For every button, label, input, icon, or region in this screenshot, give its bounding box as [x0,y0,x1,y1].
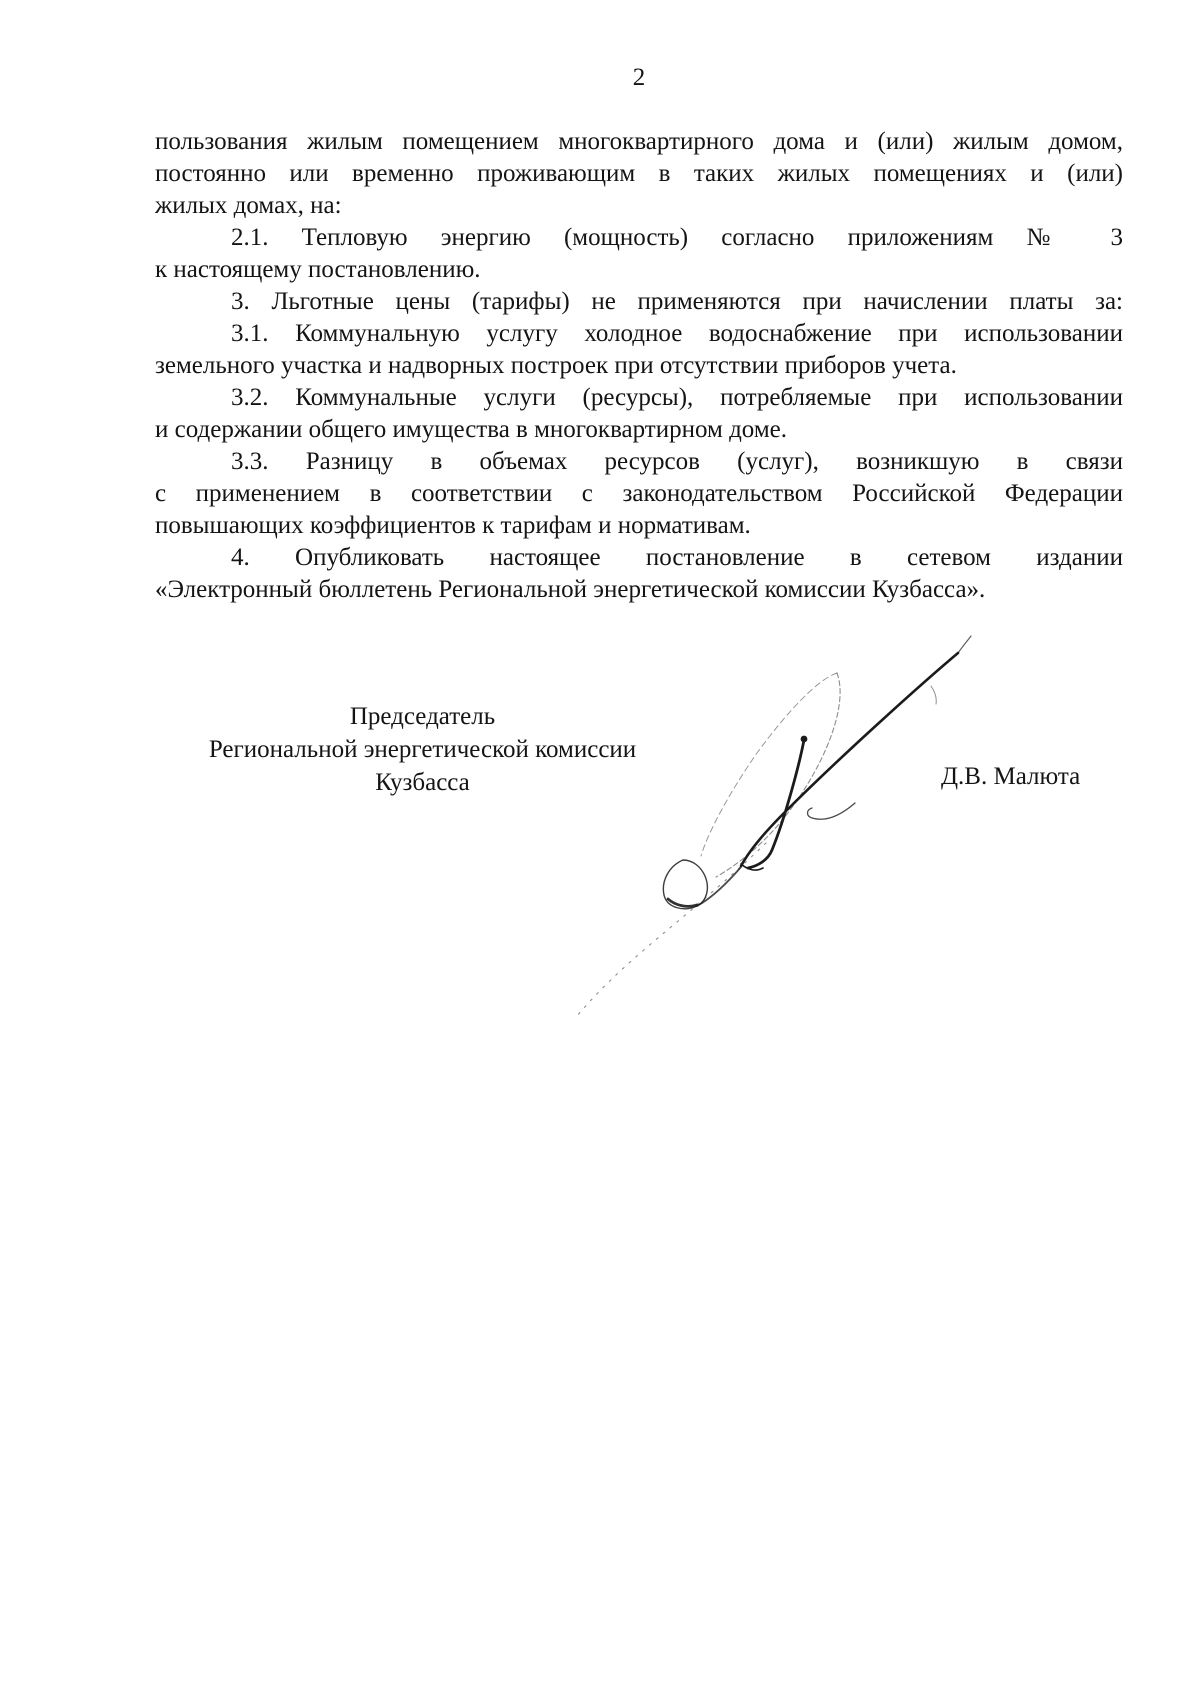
paragraph-continuation: пользования жилым помещением многокварти… [155,126,1123,222]
page-number: 2 [155,64,1123,92]
text-line: 3.3. Разницу в объемах ресурсов (услуг),… [155,446,1123,478]
text-line: повышающих коэффициентов к тарифам и нор… [155,510,1123,542]
text-line: пользования жилым помещением многокварти… [155,126,1123,158]
text-line: 3.2. Коммунальные услуги (ресурсы), потр… [155,382,1123,414]
text-line: 4. Опубликовать настоящее постановление … [155,542,1123,574]
paragraph-3-3: 3.3. Разницу в объемах ресурсов (услуг),… [155,446,1123,542]
text-line: 3. Льготные цены (тарифы) не применяются… [155,286,1123,318]
paragraph-3: 3. Льготные цены (тарифы) не применяются… [155,286,1123,318]
paragraph-3-2: 3.2. Коммунальные услуги (ресурсы), потр… [155,382,1123,446]
paragraph-3-1: 3.1. Коммунальную услугу холодное водосн… [155,318,1123,382]
signatory-name: Д.В. Малюта [941,760,1080,793]
text-line: с применением в соответствии с законодат… [155,478,1123,510]
handwritten-signature-icon [480,580,1000,1030]
text-line: 3.1. Коммунальную услугу холодное водосн… [155,318,1123,350]
document-page: 2 пользования жилым помещением многоквар… [0,0,1200,1689]
text-line: земельного участка и надворных построек … [155,350,1123,382]
text-line: 2.1. Тепловую энергию (мощность) согласн… [155,222,1123,254]
document-body: пользования жилым помещением многокварти… [155,126,1123,606]
paragraph-2-1: 2.1. Тепловую энергию (мощность) согласн… [155,222,1123,286]
text-line: и содержании общего имущества в многоква… [155,414,1123,446]
text-line: к настоящему постановлению. [155,254,1123,286]
text-line: жилых домах, на: [155,190,1123,222]
text-line: постоянно или временно проживающим в так… [155,158,1123,190]
